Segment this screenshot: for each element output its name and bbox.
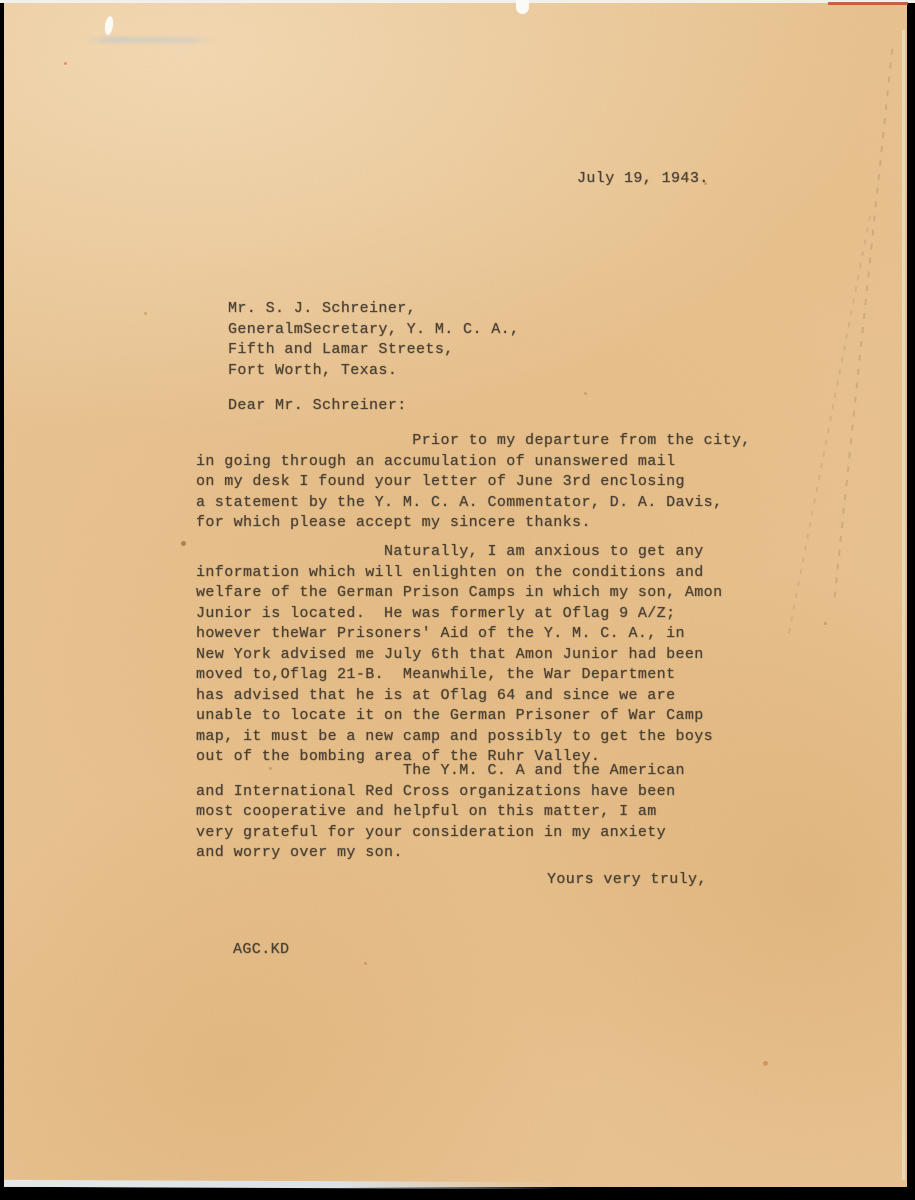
scan-background: { "letter": { "date": "July 19, 1943.", …: [0, 0, 915, 1200]
salutation: Dear Mr. Schreiner:: [228, 396, 407, 417]
scan-top-red-mark: [828, 2, 908, 5]
paper-torn-notch: [516, 0, 529, 14]
scan-top-edge: [0, 0, 915, 3]
paragraph-3: The Y.M. C. A and the American and Inter…: [196, 761, 776, 864]
paper-smudge: [85, 37, 213, 43]
scan-bottom-edge: [4, 1180, 564, 1189]
typist-initials: AGC.KD: [233, 940, 289, 961]
letter-paper: July 19, 1943. Mr. S. J. Schreiner, Gene…: [4, 2, 907, 1187]
paper-specks: [64, 62, 67, 65]
paper-crease: [833, 48, 894, 605]
paragraph-2: Naturally, I am anxious to get any infor…: [196, 542, 776, 768]
paper-crease: [787, 216, 871, 638]
closing-line: Yours very truly,: [547, 870, 707, 891]
paragraph-1: Prior to my departure from the city, in …: [196, 431, 776, 534]
recipient-address: Mr. S. J. Schreiner, GeneralmSecretary, …: [228, 299, 519, 381]
letter-date: July 19, 1943.: [577, 169, 709, 190]
scan-right-edge-sliver: [902, 30, 905, 1180]
